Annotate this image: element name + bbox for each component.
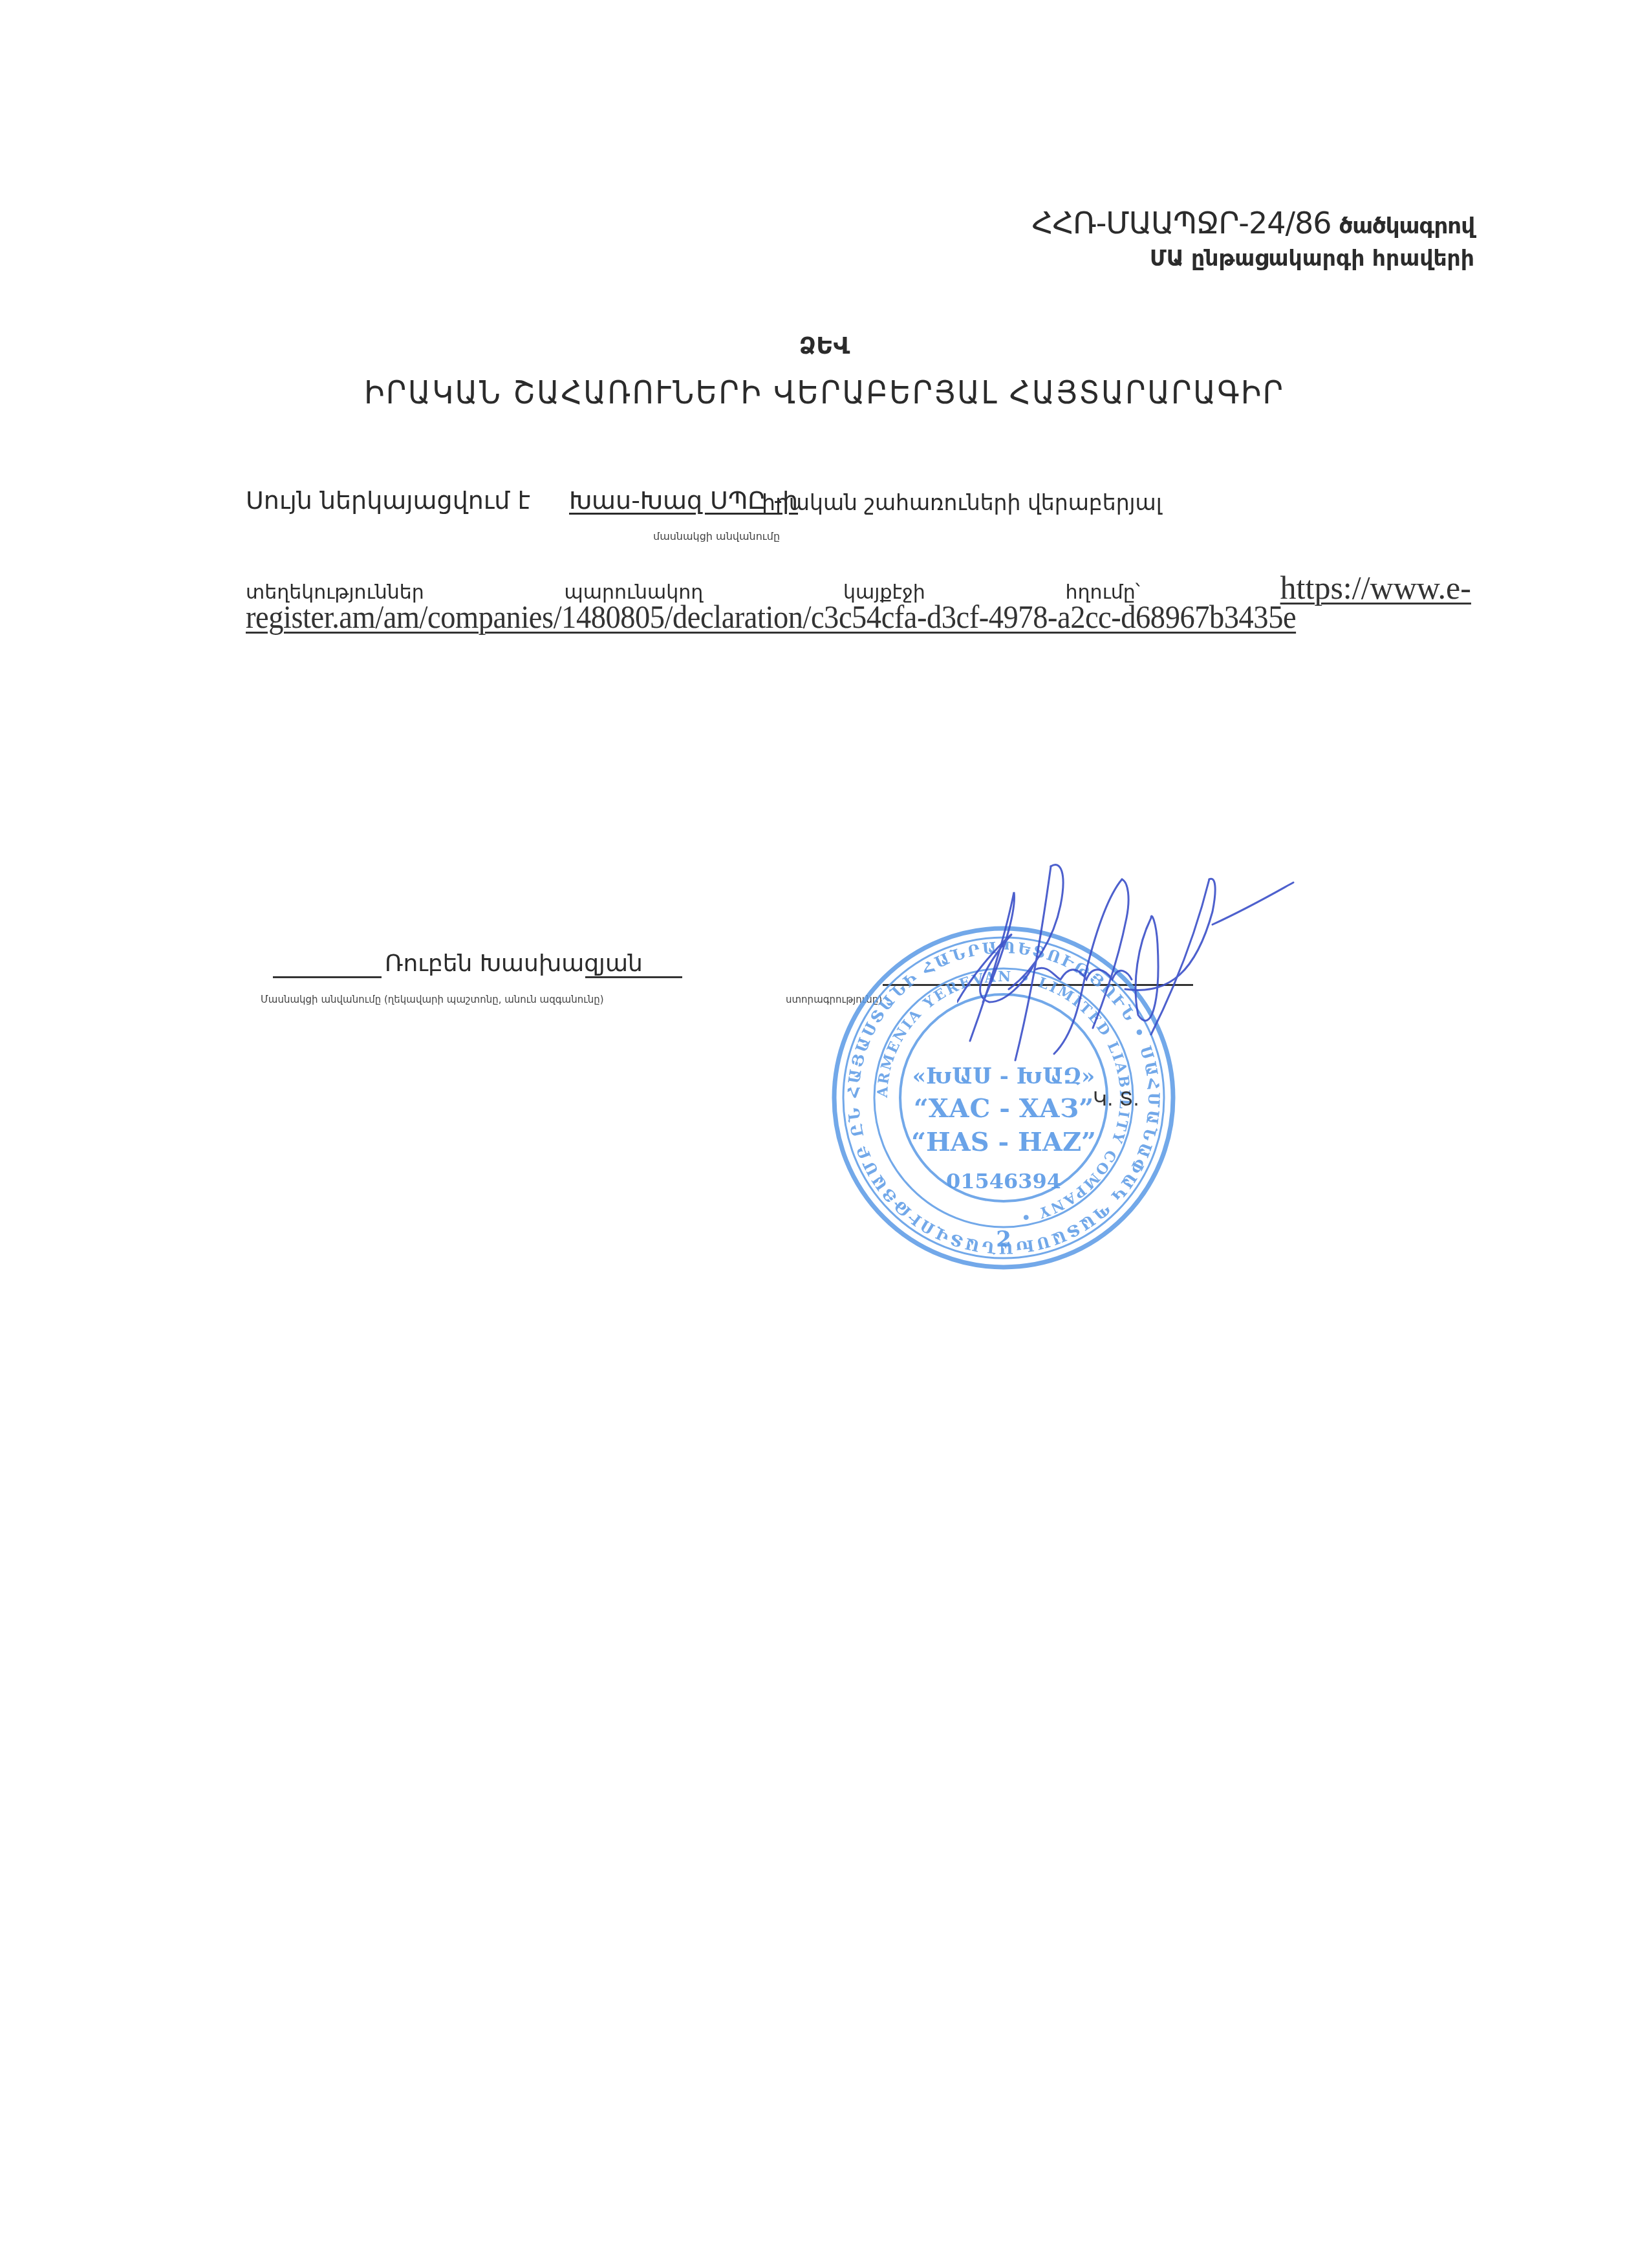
signer-name: Ռուբեն Խասխազյան	[385, 950, 643, 977]
document-title: ԻՐԱԿԱՆ ՇԱՀԱՌՈՒՆԵՐԻ ՎԵՐԱԲԵՐՅԱԼ ՀԱՅՏԱՐԱՐԱԳ…	[83, 374, 1567, 411]
reference-code-value: ՀՀՌ-ՄԱԱՊՋՐ-24/86	[1032, 206, 1331, 241]
reference-code-suffix: ծածկագրով	[1339, 213, 1474, 239]
stamp-line3: “HAS - HAZ”	[911, 1127, 1096, 1157]
declaration-url-link-part2[interactable]: register.am/am/companies/1480805/declara…	[246, 598, 1296, 636]
stamp-number: 01546394	[946, 1169, 1061, 1193]
reference-code: ՀՀՌ-ՄԱԱՊՋՐ-24/86ծածկագրով	[1032, 206, 1475, 241]
handwritten-signature	[957, 840, 1423, 1073]
reference-subtitle: ՄԱ ընթացակարգի հրավերի	[1150, 246, 1474, 271]
signer-line-left	[273, 976, 382, 978]
company-caption: մասնակցի անվանումը	[653, 530, 780, 542]
stamp-line2: “ХАС - ХАЗ”	[914, 1093, 1094, 1124]
form-tag: ՁԵՎ	[0, 333, 1649, 359]
statement-tail: իրական շահառուների վերաբերյալ	[762, 490, 1162, 515]
declaration-url-link-part1[interactable]: https://www.e-	[1280, 569, 1471, 606]
stamp-bottom-number: 2	[996, 1226, 1011, 1252]
statement-lead: Սույն ներկայացվում է	[246, 486, 530, 515]
signer-caption: Մասնակցի անվանումը (ղեկավարի պաշտոնը, ան…	[261, 994, 604, 1005]
seal-place-mark: Կ. Տ.	[1093, 1088, 1139, 1111]
signer-line-right	[585, 976, 682, 978]
